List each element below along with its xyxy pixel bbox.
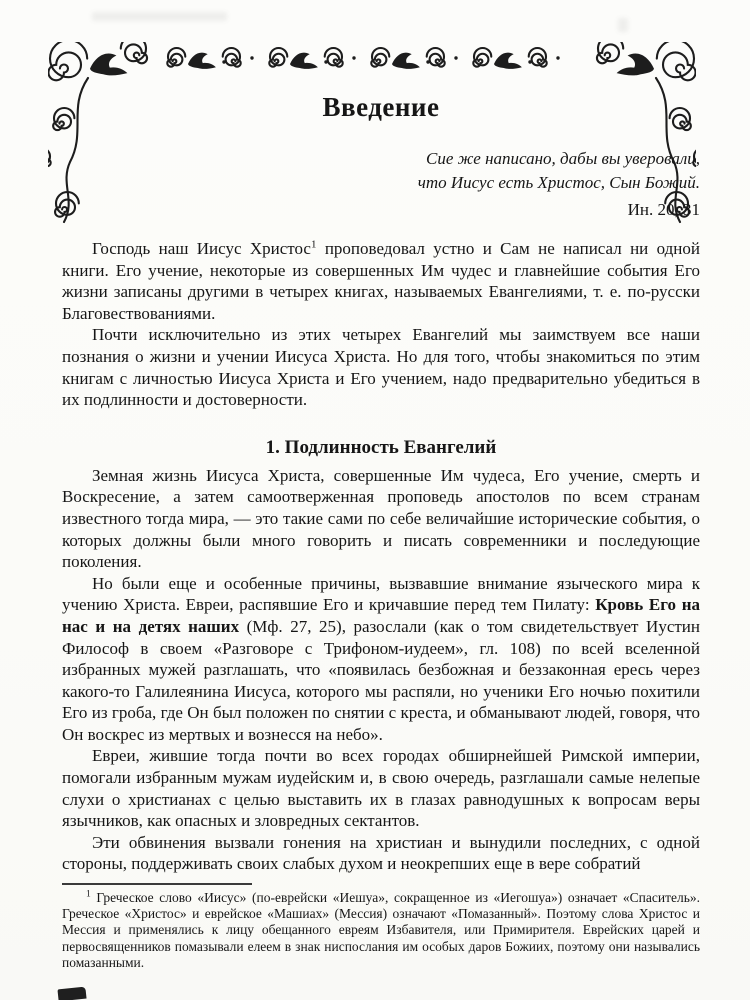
- paragraph-intro-1-text: Господь наш Иисус Христос: [92, 239, 311, 258]
- paragraph-section-3: Евреи, жившие тогда почти во всех города…: [62, 745, 700, 831]
- footnote-separator-rule: [62, 883, 252, 885]
- scan-artifact: [57, 987, 86, 1000]
- footnote-text: 1 Греческое слово «Иисус» (по-еврейски «…: [62, 890, 700, 971]
- paragraph-intro-1: Господь наш Иисус Христос1 проповедовал …: [62, 238, 700, 324]
- footnote-block: 1 Греческое слово «Иисус» (по-еврейски «…: [62, 883, 700, 971]
- footnote-body: Греческое слово «Иисус» (по-еврейски «Ие…: [62, 890, 700, 970]
- paragraph-section-4: Эти обвинения вызвали гонения на христиа…: [62, 832, 700, 875]
- body-text: Господь наш Иисус Христос1 проповедовал …: [62, 238, 700, 875]
- epigraph: Сие же написано, дабы вы уверовали, что …: [370, 147, 700, 222]
- paragraph-section-1: Земная жизнь Иисуса Христа, совершенные …: [62, 465, 700, 573]
- epigraph-line-1: Сие же написано, дабы вы уверовали,: [370, 147, 700, 171]
- paragraph-section-2: Но были еще и особенные причины, вызвавш…: [62, 573, 700, 746]
- page-content: Введение Сие же написано, дабы вы уверов…: [0, 0, 750, 971]
- page-title: Введение: [62, 92, 700, 123]
- section-heading: 1. Подлинность Евангелий: [62, 437, 700, 459]
- paragraph-intro-2: Почти исключительно из этих четырех Еван…: [62, 324, 700, 410]
- epigraph-source: Ин. 20, 31: [370, 198, 700, 222]
- book-page-scan: Введение Сие же написано, дабы вы уверов…: [0, 0, 750, 1000]
- epigraph-line-2: что Иисус есть Христос, Сын Божий.: [370, 171, 700, 195]
